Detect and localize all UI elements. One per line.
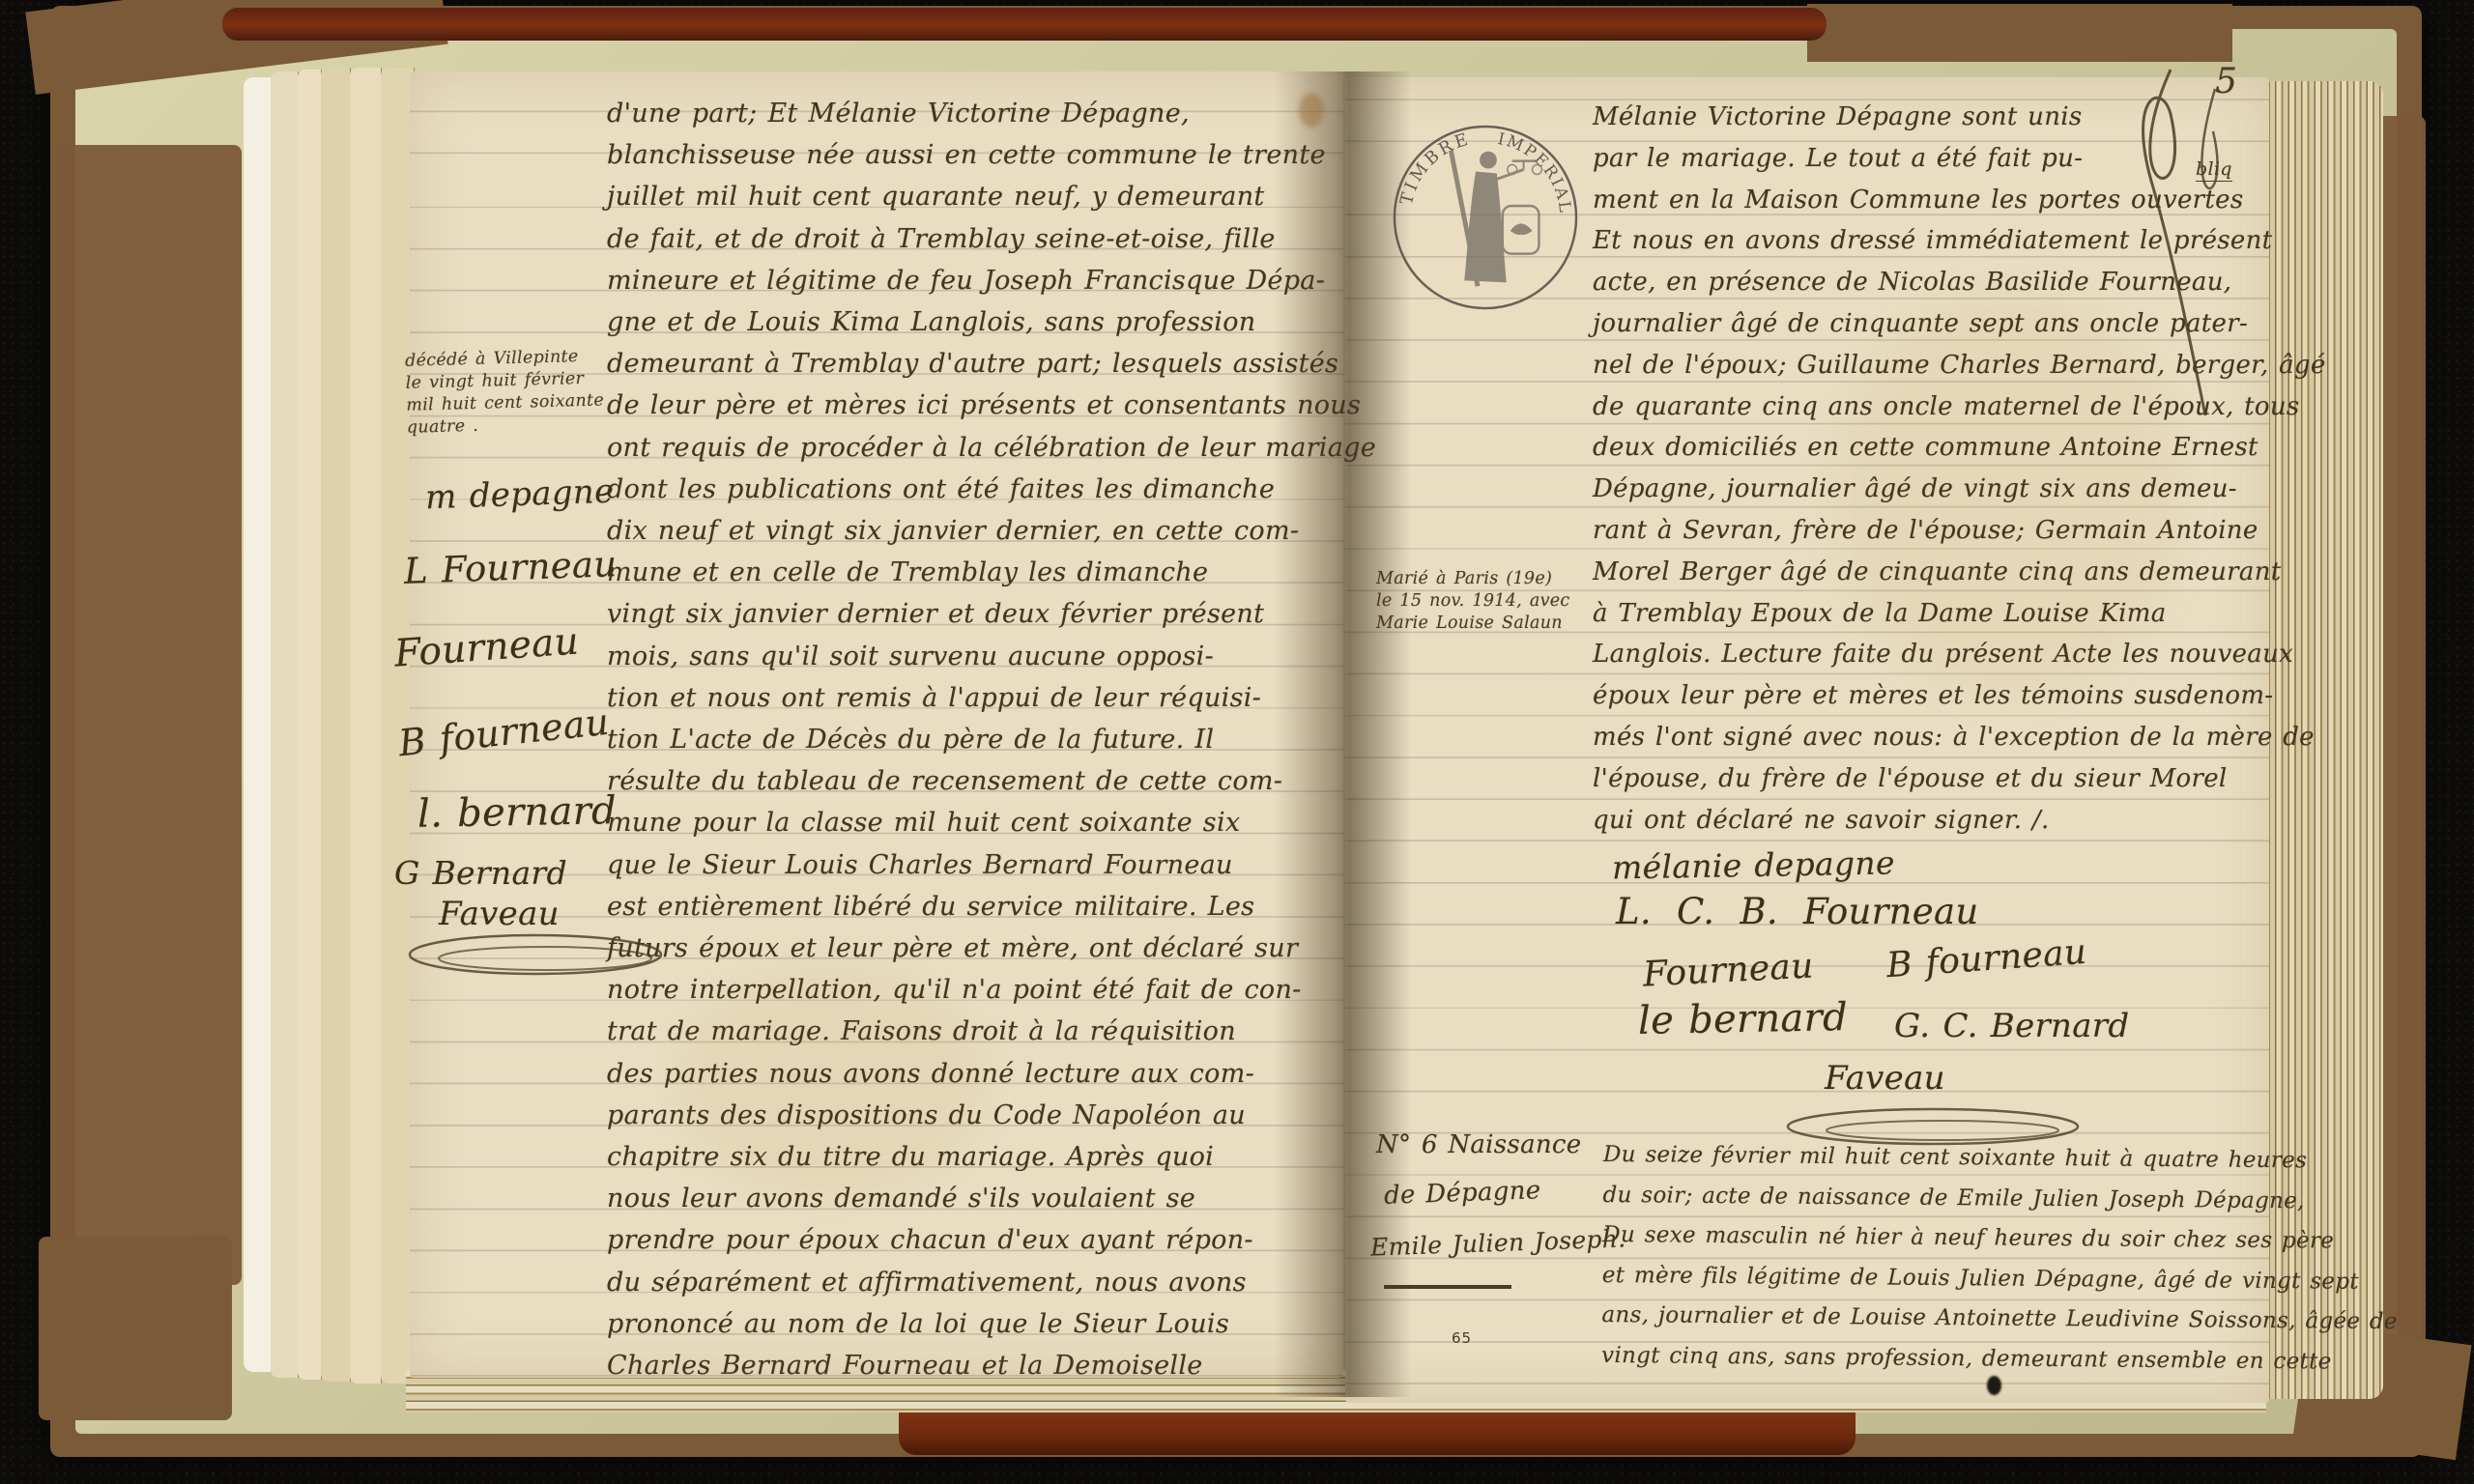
- text-line: est entièrement libéré du service milita…: [607, 886, 1351, 927]
- text-line: mois, sans qu'il soit survenu aucune opp…: [607, 636, 1351, 677]
- cover-top-edge: [222, 8, 1827, 41]
- signature-melanie-depagne: mélanie depagne: [1612, 843, 1895, 886]
- signature-le-bernard: le bernard: [1638, 995, 1849, 1043]
- text-line: més l'ont signé avec nous: à l'exception…: [1593, 717, 2269, 758]
- signature-flourish: [400, 926, 671, 984]
- text-line: époux leur père et mères et les témoins …: [1593, 675, 2269, 717]
- margin-note-death: décédé à Villepintele vingt huit février…: [405, 345, 615, 440]
- text-line: Charles Bernard Fourneau et la Demoisell…: [607, 1345, 1351, 1386]
- birth-act-margin-title: N° 6 Naissance: [1376, 1130, 1581, 1159]
- signature-g-bernard: G Bernard: [394, 854, 567, 892]
- text-line: et mère fils légitime de Louis Julien Dé…: [1602, 1255, 2279, 1301]
- text-line: dix neuf et vingt six janvier dernier, e…: [607, 510, 1351, 552]
- text-line: qui ont déclaré ne savoir signer. /.: [1593, 800, 2269, 842]
- text-line: des parties nous avons donné lecture aux…: [607, 1053, 1351, 1095]
- text-line: de fait, et de droit à Tremblay seine-et…: [607, 218, 1351, 260]
- text-line: dont les publications ont été faites les…: [607, 469, 1351, 510]
- text-line: résulte du tableau de recensement de cet…: [607, 760, 1351, 802]
- text-line: nous leur avons demandé s'ils voulaient …: [607, 1178, 1351, 1219]
- signature-depagne: m depagne: [424, 472, 615, 518]
- text-line: ont requis de procéder à la célébration …: [607, 427, 1351, 469]
- signature-faveau-2: Faveau: [1825, 1059, 1945, 1098]
- text-line: ans, journalier et de Louise Antoinette …: [1601, 1296, 2278, 1342]
- text-line: le 15 nov. 1914, avec: [1376, 590, 1589, 613]
- left-page-stack-white-sheet: [244, 77, 272, 1372]
- text-line: Du seize février mil huit cent soixante …: [1603, 1135, 2280, 1182]
- timbre-imperial-stamp: TIMBRE IMPERIAL.: [1390, 122, 1581, 313]
- text-line: tion L'acte de Décès du père de la futur…: [607, 719, 1351, 760]
- text-line: demeurant à Tremblay d'autre part; lesqu…: [607, 343, 1351, 385]
- signature-l-fourneau: L Fourneau: [403, 543, 618, 592]
- text-line: vingt six janvier dernier et deux févrie…: [607, 593, 1351, 635]
- text-line: mune pour la classe mil huit cent soixan…: [607, 802, 1351, 843]
- birth-act-text: Du seize février mil huit cent soixante …: [1601, 1135, 2280, 1382]
- text-line: prononcé au nom de la loi que le Sieur L…: [607, 1303, 1351, 1345]
- text-line: à Tremblay Epoux de la Dame Louise Kima: [1593, 593, 2269, 635]
- text-line: mune et en celle de Tremblay les dimanch…: [607, 552, 1351, 593]
- marriage-act-text-left: d'une part; Et Mélanie Victorine Dépagne…: [607, 93, 1351, 1386]
- text-line: Marié à Paris (19e): [1376, 568, 1589, 590]
- text-line: d'une part; Et Mélanie Victorine Dépagne…: [607, 93, 1351, 134]
- text-line: blanchisseuse née aussi en cette commune…: [607, 134, 1351, 176]
- signature-l-bernard: l. bernard: [417, 788, 618, 837]
- folio-number: 65: [1452, 1329, 1472, 1347]
- margin-note-1914-marriage: Marié à Paris (19e)le 15 nov. 1914, avec…: [1376, 568, 1589, 635]
- text-line: parants des dispositions du Code Napoléo…: [607, 1095, 1351, 1136]
- text-line: que le Sieur Louis Charles Bernard Fourn…: [607, 844, 1351, 886]
- text-line: vingt cinq ans, sans profession, demeura…: [1601, 1335, 2278, 1382]
- text-line: juillet mil huit cent quarante neuf, y d…: [607, 176, 1351, 217]
- margin-rule: [1384, 1285, 1511, 1289]
- left-page-stack-edge: [298, 70, 322, 1380]
- scanned-register-spread: d'une part; Et Mélanie Victorine Dépagne…: [0, 0, 2474, 1484]
- marbled-corner-bottom-left: [39, 1237, 232, 1420]
- page-number: 5: [2215, 62, 2237, 101]
- signature-gc-bernard: G. C. Bernard: [1894, 1007, 2129, 1045]
- text-line: futurs époux et leur père et mère, ont d…: [607, 927, 1351, 969]
- margin-insert-word: bliq: [2196, 158, 2232, 182]
- left-page-stack-edge: [350, 68, 382, 1384]
- text-line: trat de mariage. Faisons droit à la réqu…: [607, 1011, 1351, 1052]
- text-line: gne et de Louis Kima Langlois, sans prof…: [607, 301, 1351, 343]
- text-line: l'épouse, du frère de l'épouse et du sie…: [1593, 758, 2269, 800]
- text-line: rant à Sevran, frère de l'épouse; Germai…: [1593, 510, 2269, 552]
- text-line: mineure et légitime de feu Joseph Franci…: [607, 260, 1351, 301]
- text-line: chapitre six du titre du mariage. Après …: [607, 1136, 1351, 1178]
- text-line: tion et nous ont remis à l'appui de leur…: [607, 677, 1351, 719]
- birth-act-margin-name: de Dépagne: [1384, 1176, 1541, 1211]
- left-page-stack-edge: [321, 68, 351, 1382]
- text-line: Morel Berger âgé de cinquante cinq ans d…: [1593, 552, 2269, 593]
- signature-lcb-fourneau: L. C. B. Fourneau: [1616, 891, 1978, 932]
- justice-figure-icon: [1451, 151, 1541, 287]
- text-line: Dépagne, journalier âgé de vingt six ans…: [1593, 469, 2269, 510]
- text-line: Langlois. Lecture faite du présent Acte …: [1593, 634, 2269, 675]
- text-line: notre interpellation, qu'il n'a point ét…: [607, 969, 1351, 1011]
- text-line: de leur père et mères ici présents et co…: [607, 385, 1351, 426]
- text-line: Marie Louise Salaun: [1376, 613, 1589, 635]
- text-line: prendre pour époux chacun d'eux ayant ré…: [607, 1219, 1351, 1261]
- marbled-edge-left: [58, 145, 242, 1285]
- left-page-stack-edge: [271, 71, 299, 1378]
- text-line: du soir; acte de naissance de Emile Juli…: [1602, 1175, 2279, 1221]
- text-line: Du sexe masculin né hier à neuf heures d…: [1602, 1215, 2279, 1262]
- text-line: du séparément et affirmativement, nous a…: [607, 1262, 1351, 1303]
- page-number-flourish: [2078, 50, 2300, 437]
